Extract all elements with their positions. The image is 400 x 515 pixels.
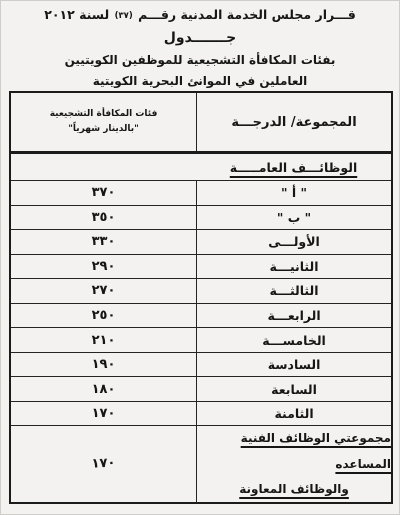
header-bonus-line2: "بالدينار شهرياً" <box>68 122 139 137</box>
header-cell-group-grade: المجموعة/ الدرجـــة <box>196 93 391 151</box>
footer-amount-cell: ١٧٠ <box>9 422 198 507</box>
amount-cell: ٢١٠ <box>11 328 196 352</box>
amount-cell: ١٨٠ <box>11 377 196 401</box>
schedule-word: جـــــــدول <box>1 30 399 46</box>
header-bonus-line1: فئات المكافأة التشجيعية <box>50 107 158 122</box>
table-row: الرابعـــة ٢٥٠ <box>11 304 391 329</box>
footer-label-line1: مجموعتي الوظائف الفنية المساعده <box>197 426 391 476</box>
grade-cell: " ب " <box>196 206 391 230</box>
document-title-block: قـــرار مجلس الخدمة المدنية رقـــم (٣٧) … <box>1 5 399 88</box>
amount-cell: ٣٥٠ <box>11 206 196 230</box>
footer-grade-cell: مجموعتي الوظائف الفنية المساعده والوظائف… <box>196 426 391 502</box>
section-heading-row: الوظائـــف العامـــــة <box>11 154 391 181</box>
header-cell-bonus-categories: فئات المكافأة التشجيعية "بالدينار شهرياً… <box>11 93 196 151</box>
amount-cell: ٣٣٠ <box>11 230 196 254</box>
table-row: السابعة ١٨٠ <box>11 377 391 402</box>
amount-cell: ٢٩٠ <box>11 255 196 279</box>
scanned-document-page: قـــرار مجلس الخدمة المدنية رقـــم (٣٧) … <box>0 0 400 515</box>
incentive-bonus-table: المجموعة/ الدرجـــة فئات المكافأة التشجي… <box>9 91 393 504</box>
decree-number: (٣٧) <box>114 11 134 21</box>
amount-cell: ١٩٠ <box>11 353 196 377</box>
amount-cell: ٣٧٠ <box>11 181 196 205</box>
footer-label-line2: والوظائف المعاونة <box>239 477 349 502</box>
section-heading-general-positions: الوظائـــف العامـــــة <box>196 160 391 175</box>
grade-cell: السابعة <box>196 377 391 401</box>
amount-cell: ٢٥٠ <box>11 304 196 328</box>
grade-cell: الثامنة <box>196 402 391 426</box>
subtitle-bonus-categories: بفئات المكافأة التشجيعية للموظفين الكويت… <box>1 53 399 67</box>
grade-cell: الثانيـــة <box>196 255 391 279</box>
table-row: السادسة ١٩٠ <box>11 353 391 378</box>
table-header-row: المجموعة/ الدرجـــة فئات المكافأة التشجي… <box>11 93 391 154</box>
table-row: الثالثـــة ٢٧٠ <box>11 279 391 304</box>
table-row: الثانيـــة ٢٩٠ <box>11 255 391 280</box>
table-row: الثامنة ١٧٠ <box>11 402 391 427</box>
table-row: " ب " ٣٥٠ <box>11 206 391 231</box>
decree-title-line: قـــرار مجلس الخدمة المدنية رقـــم (٣٧) … <box>1 7 399 22</box>
grade-cell: الخامســـة <box>196 328 391 352</box>
grade-cell: الرابعـــة <box>196 304 391 328</box>
grade-cell: " أ " <box>196 181 391 205</box>
decree-title-post: لسنة ٢٠١٢ <box>44 7 109 22</box>
grade-cell: الثالثـــة <box>196 279 391 303</box>
grade-cell: السادسة <box>196 353 391 377</box>
table-row: " أ " ٣٧٠ <box>11 181 391 206</box>
grade-cell: الأولـــى <box>196 230 391 254</box>
table-row: الأولـــى ٣٣٠ <box>11 230 391 255</box>
amount-cell: ٢٧٠ <box>11 279 196 303</box>
subtitle-sea-ports: العاملين في الموانئ البحرية الكويتية <box>1 74 399 88</box>
decree-title-pre: قـــرار مجلس الخدمة المدنية رقـــم <box>138 7 356 22</box>
table-row: الخامســـة ٢١٠ <box>11 328 391 353</box>
table-row-footer: مجموعتي الوظائف الفنية المساعده والوظائف… <box>11 426 391 502</box>
